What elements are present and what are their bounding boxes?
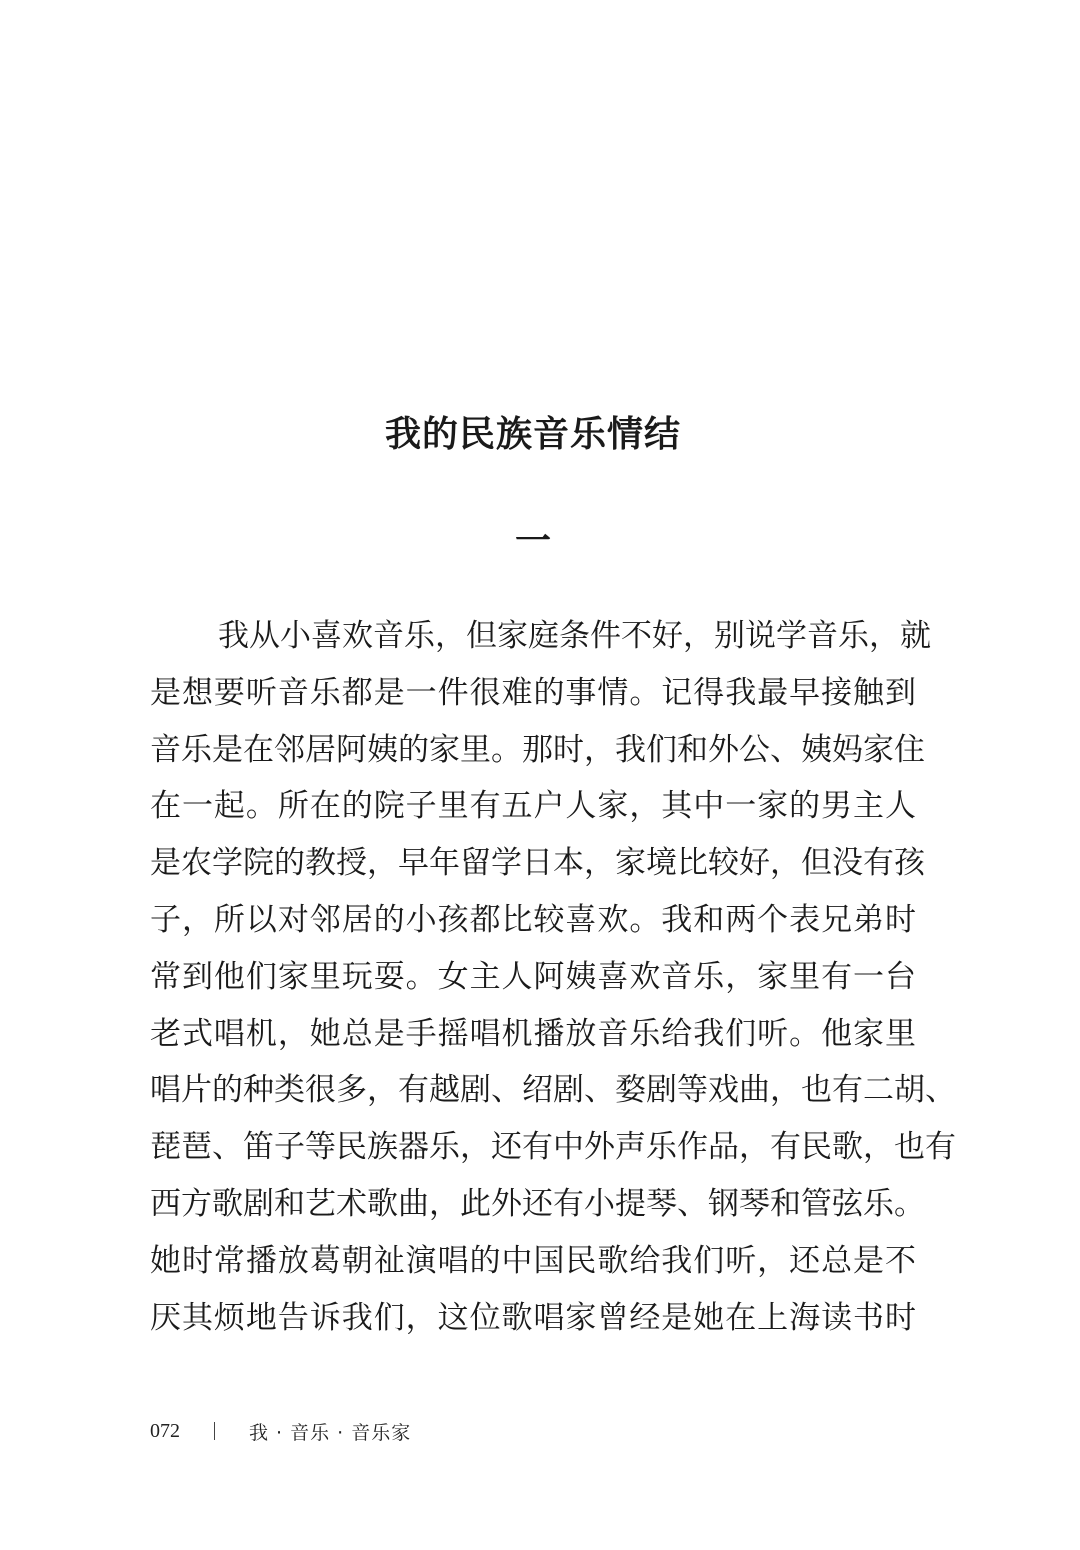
paragraph-line: 音乐是在邻居阿姨的家里。那时，我们和外公、姨妈家住 — [150, 722, 916, 779]
paragraph-line: 是想要听音乐都是一件很难的事情。记得我最早接触到 — [150, 665, 916, 722]
footer-divider — [214, 1422, 215, 1440]
body-text: 我从小喜欢音乐，但家庭条件不好，别说学音乐，就 是想要听音乐都是一件很难的事情。… — [150, 608, 916, 1346]
page-number: 072 — [150, 1420, 180, 1443]
section-number: 一 — [0, 522, 1066, 562]
chapter-title: 我的民族音乐情结 — [0, 410, 1066, 460]
paragraph-line: 在一起。所在的院子里有五户人家，其中一家的男主人 — [150, 778, 916, 835]
paragraph-line: 是农学院的教授，早年留学日本，家境比较好，但没有孩 — [150, 835, 916, 892]
paragraph-line: 厌其烦地告诉我们，这位歌唱家曾经是她在上海读书时 — [150, 1290, 916, 1347]
running-book-title: 我 · 音乐 · 音乐家 — [249, 1418, 411, 1445]
paragraph-line: 子，所以对邻居的小孩都比较喜欢。我和两个表兄弟时 — [150, 892, 916, 949]
page-footer: 072 我 · 音乐 · 音乐家 — [150, 1416, 411, 1446]
paragraph-line: 她时常播放葛朝祉演唱的中国民歌给我们听，还总是不 — [150, 1233, 916, 1290]
paragraph-line: 我从小喜欢音乐，但家庭条件不好，别说学音乐，就 — [150, 608, 916, 665]
paragraph-line: 琵琶、笛子等民族器乐，还有中外声乐作品，有民歌，也有 — [150, 1119, 916, 1176]
paragraph-line: 唱片的种类很多，有越剧、绍剧、婺剧等戏曲，也有二胡、 — [150, 1062, 916, 1119]
paragraph-line: 老式唱机，她总是手摇唱机播放音乐给我们听。他家里 — [150, 1006, 916, 1063]
paragraph-line: 常到他们家里玩耍。女主人阿姨喜欢音乐，家里有一台 — [150, 949, 916, 1006]
paragraph-line: 西方歌剧和艺术歌曲，此外还有小提琴、钢琴和管弦乐。 — [150, 1176, 916, 1233]
